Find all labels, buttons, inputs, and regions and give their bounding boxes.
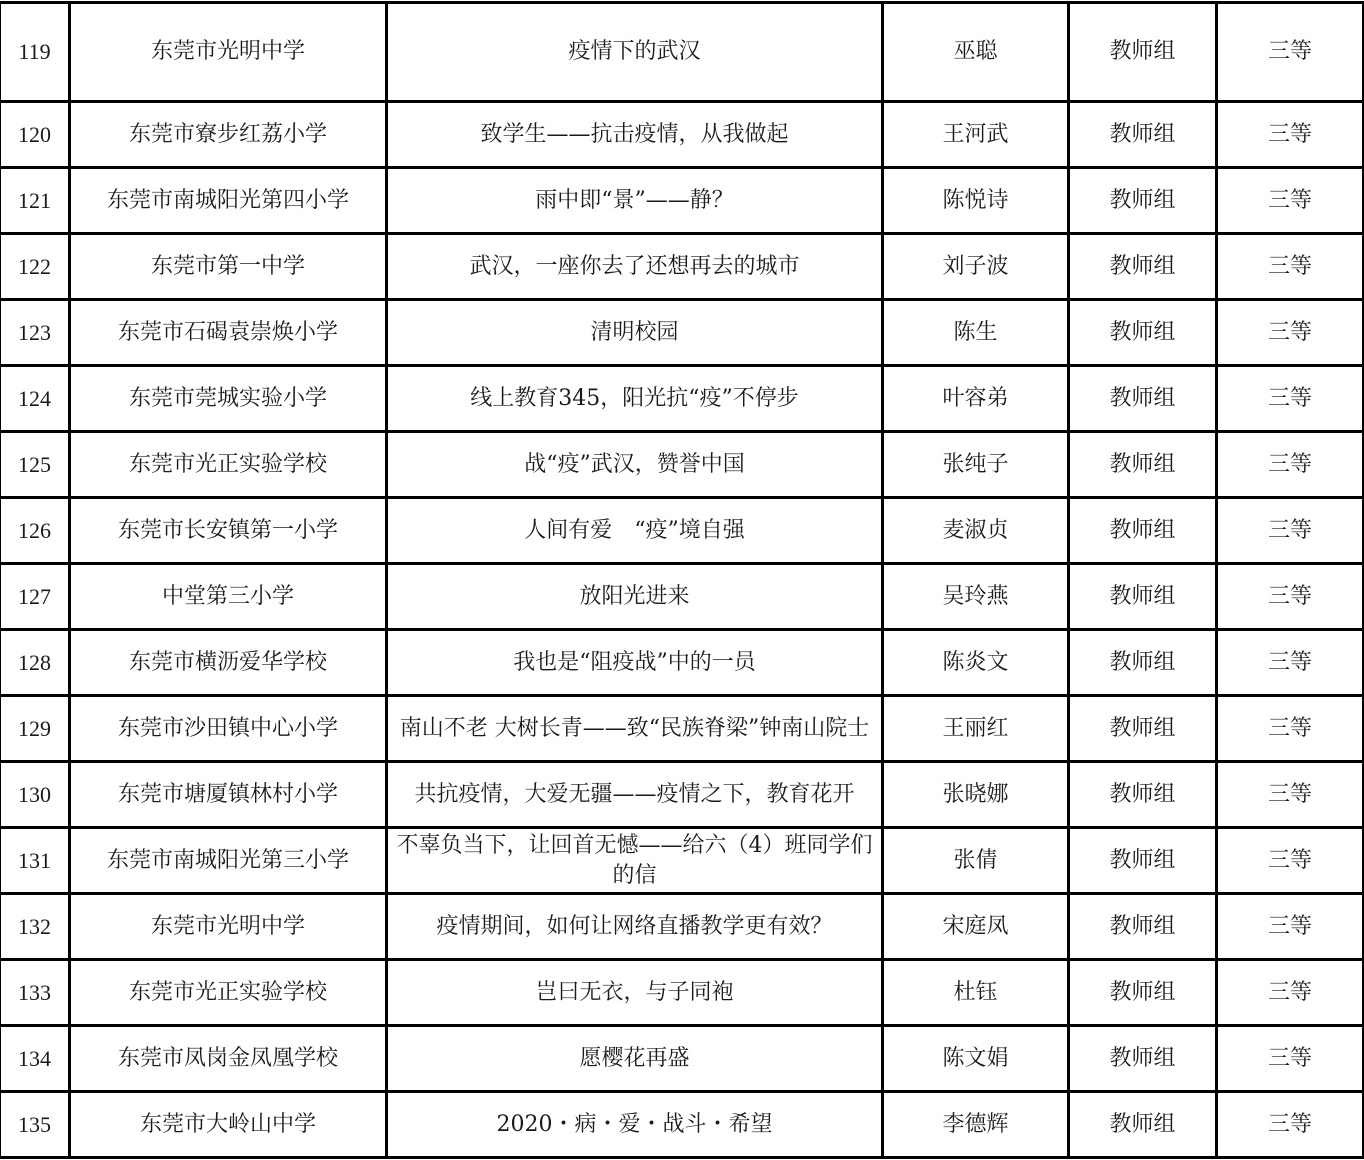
school-name: 东莞市南城阳光第三小学 xyxy=(70,828,387,894)
table-row: 120 东莞市寮步红荔小学 致学生——抗击疫情，从我做起 王河武 教师组 三等 xyxy=(0,102,1364,168)
table-row: 122 东莞市第一中学 武汉，一座你去了还想再去的城市 刘子波 教师组 三等 xyxy=(0,234,1364,300)
entry-number: 125 xyxy=(0,432,70,498)
award-level: 三等 xyxy=(1217,564,1364,630)
table-row: 129 东莞市沙田镇中心小学 南山不老 大树长青——致“民族脊梁”钟南山院士 王… xyxy=(0,696,1364,762)
table-row: 119 东莞市光明中学 疫情下的武汉 巫聪 教师组 三等 xyxy=(0,3,1364,102)
school-name: 东莞市横沥爱华学校 xyxy=(70,630,387,696)
author-name: 李德辉 xyxy=(883,1092,1069,1158)
school-name: 东莞市光明中学 xyxy=(70,894,387,960)
entry-number: 134 xyxy=(0,1026,70,1092)
award-level: 三等 xyxy=(1217,1092,1364,1158)
entry-number: 131 xyxy=(0,828,70,894)
author-name: 麦淑贞 xyxy=(883,498,1069,564)
group-category: 教师组 xyxy=(1069,564,1217,630)
table-row: 123 东莞市石碣袁崇焕小学 清明校园 陈生 教师组 三等 xyxy=(0,300,1364,366)
award-level: 三等 xyxy=(1217,498,1364,564)
work-title: 清明校园 xyxy=(387,300,883,366)
work-title: 疫情下的武汉 xyxy=(387,3,883,102)
table-row: 128 东莞市横沥爱华学校 我也是“阻疫战”中的一员 陈炎文 教师组 三等 xyxy=(0,630,1364,696)
school-name: 东莞市凤岗金凤凰学校 xyxy=(70,1026,387,1092)
author-name: 王河武 xyxy=(883,102,1069,168)
work-title: 南山不老 大树长青——致“民族脊梁”钟南山院士 xyxy=(387,696,883,762)
group-category: 教师组 xyxy=(1069,168,1217,234)
school-name: 东莞市沙田镇中心小学 xyxy=(70,696,387,762)
award-table: 119 东莞市光明中学 疫情下的武汉 巫聪 教师组 三等 120 东莞市寮步红荔… xyxy=(0,1,1364,1159)
work-title: 致学生——抗击疫情，从我做起 xyxy=(387,102,883,168)
entry-number: 130 xyxy=(0,762,70,828)
entry-number: 135 xyxy=(0,1092,70,1158)
school-name: 东莞市光正实验学校 xyxy=(70,432,387,498)
entry-number: 133 xyxy=(0,960,70,1026)
work-title: 岂曰无衣，与子同袍 xyxy=(387,960,883,1026)
award-level: 三等 xyxy=(1217,3,1364,102)
entry-number: 126 xyxy=(0,498,70,564)
award-level: 三等 xyxy=(1217,168,1364,234)
author-name: 张纯子 xyxy=(883,432,1069,498)
school-name: 东莞市光正实验学校 xyxy=(70,960,387,1026)
work-title: 线上教育345，阳光抗“疫”不停步 xyxy=(387,366,883,432)
work-title: 放阳光进来 xyxy=(387,564,883,630)
school-name: 东莞市塘厦镇林村小学 xyxy=(70,762,387,828)
group-category: 教师组 xyxy=(1069,960,1217,1026)
group-category: 教师组 xyxy=(1069,234,1217,300)
table-row: 125 东莞市光正实验学校 战“疫”武汉，赞誉中国 张纯子 教师组 三等 xyxy=(0,432,1364,498)
award-level: 三等 xyxy=(1217,894,1364,960)
author-name: 陈悦诗 xyxy=(883,168,1069,234)
award-level: 三等 xyxy=(1217,102,1364,168)
table-row: 127 中堂第三小学 放阳光进来 吴玲燕 教师组 三等 xyxy=(0,564,1364,630)
entry-number: 128 xyxy=(0,630,70,696)
author-name: 巫聪 xyxy=(883,3,1069,102)
group-category: 教师组 xyxy=(1069,894,1217,960)
award-level: 三等 xyxy=(1217,300,1364,366)
award-level: 三等 xyxy=(1217,1026,1364,1092)
author-name: 陈生 xyxy=(883,300,1069,366)
award-level: 三等 xyxy=(1217,696,1364,762)
work-title: 愿樱花再盛 xyxy=(387,1026,883,1092)
award-level: 三等 xyxy=(1217,960,1364,1026)
group-category: 教师组 xyxy=(1069,432,1217,498)
group-category: 教师组 xyxy=(1069,300,1217,366)
author-name: 陈文娟 xyxy=(883,1026,1069,1092)
table-row: 133 东莞市光正实验学校 岂曰无衣，与子同袍 杜钰 教师组 三等 xyxy=(0,960,1364,1026)
work-title: 不辜负当下，让回首无憾——给六（4）班同学们的信 xyxy=(387,828,883,894)
author-name: 张倩 xyxy=(883,828,1069,894)
work-title: 共抗疫情，大爱无疆——疫情之下，教育花开 xyxy=(387,762,883,828)
table-row: 121 东莞市南城阳光第四小学 雨中即“景”——静？ 陈悦诗 教师组 三等 xyxy=(0,168,1364,234)
school-name: 东莞市南城阳光第四小学 xyxy=(70,168,387,234)
entry-number: 122 xyxy=(0,234,70,300)
award-list-sheet: 119 东莞市光明中学 疫情下的武汉 巫聪 教师组 三等 120 东莞市寮步红荔… xyxy=(0,1,1364,1159)
group-category: 教师组 xyxy=(1069,498,1217,564)
author-name: 吴玲燕 xyxy=(883,564,1069,630)
school-name: 东莞市光明中学 xyxy=(70,3,387,102)
group-category: 教师组 xyxy=(1069,366,1217,432)
author-name: 张晓娜 xyxy=(883,762,1069,828)
work-title: 雨中即“景”——静？ xyxy=(387,168,883,234)
author-name: 陈炎文 xyxy=(883,630,1069,696)
school-name: 东莞市大岭山中学 xyxy=(70,1092,387,1158)
author-name: 刘子波 xyxy=(883,234,1069,300)
group-category: 教师组 xyxy=(1069,102,1217,168)
table-row: 132 东莞市光明中学 疫情期间，如何让网络直播教学更有效？ 宋庭凤 教师组 三… xyxy=(0,894,1364,960)
group-category: 教师组 xyxy=(1069,696,1217,762)
entry-number: 119 xyxy=(0,3,70,102)
work-title: 武汉，一座你去了还想再去的城市 xyxy=(387,234,883,300)
group-category: 教师组 xyxy=(1069,1092,1217,1158)
school-name: 东莞市长安镇第一小学 xyxy=(70,498,387,564)
table-row: 130 东莞市塘厦镇林村小学 共抗疫情，大爱无疆——疫情之下，教育花开 张晓娜 … xyxy=(0,762,1364,828)
author-name: 王丽红 xyxy=(883,696,1069,762)
author-name: 杜钰 xyxy=(883,960,1069,1026)
award-level: 三等 xyxy=(1217,630,1364,696)
award-level: 三等 xyxy=(1217,234,1364,300)
award-level: 三等 xyxy=(1217,762,1364,828)
group-category: 教师组 xyxy=(1069,3,1217,102)
entry-number: 121 xyxy=(0,168,70,234)
entry-number: 124 xyxy=(0,366,70,432)
table-row: 134 东莞市凤岗金凤凰学校 愿樱花再盛 陈文娟 教师组 三等 xyxy=(0,1026,1364,1092)
school-name: 东莞市寮步红荔小学 xyxy=(70,102,387,168)
table-row: 131 东莞市南城阳光第三小学 不辜负当下，让回首无憾——给六（4）班同学们的信… xyxy=(0,828,1364,894)
award-level: 三等 xyxy=(1217,828,1364,894)
award-level: 三等 xyxy=(1217,366,1364,432)
award-table-body: 119 东莞市光明中学 疫情下的武汉 巫聪 教师组 三等 120 东莞市寮步红荔… xyxy=(0,3,1364,1158)
author-name: 叶容弟 xyxy=(883,366,1069,432)
group-category: 教师组 xyxy=(1069,828,1217,894)
entry-number: 127 xyxy=(0,564,70,630)
group-category: 教师组 xyxy=(1069,1026,1217,1092)
work-title: 人间有爱 “疫”境自强 xyxy=(387,498,883,564)
work-title: 我也是“阻疫战”中的一员 xyxy=(387,630,883,696)
table-row: 124 东莞市莞城实验小学 线上教育345，阳光抗“疫”不停步 叶容弟 教师组 … xyxy=(0,366,1364,432)
award-level: 三等 xyxy=(1217,432,1364,498)
author-name: 宋庭凤 xyxy=(883,894,1069,960)
school-name: 中堂第三小学 xyxy=(70,564,387,630)
school-name: 东莞市莞城实验小学 xyxy=(70,366,387,432)
table-row: 126 东莞市长安镇第一小学 人间有爱 “疫”境自强 麦淑贞 教师组 三等 xyxy=(0,498,1364,564)
entry-number: 120 xyxy=(0,102,70,168)
table-row: 135 东莞市大岭山中学 2020・病・爱・战斗・希望 李德辉 教师组 三等 xyxy=(0,1092,1364,1158)
school-name: 东莞市第一中学 xyxy=(70,234,387,300)
entry-number: 129 xyxy=(0,696,70,762)
entry-number: 123 xyxy=(0,300,70,366)
school-name: 东莞市石碣袁崇焕小学 xyxy=(70,300,387,366)
entry-number: 132 xyxy=(0,894,70,960)
group-category: 教师组 xyxy=(1069,762,1217,828)
work-title: 2020・病・爱・战斗・希望 xyxy=(387,1092,883,1158)
work-title: 战“疫”武汉，赞誉中国 xyxy=(387,432,883,498)
work-title: 疫情期间，如何让网络直播教学更有效？ xyxy=(387,894,883,960)
group-category: 教师组 xyxy=(1069,630,1217,696)
